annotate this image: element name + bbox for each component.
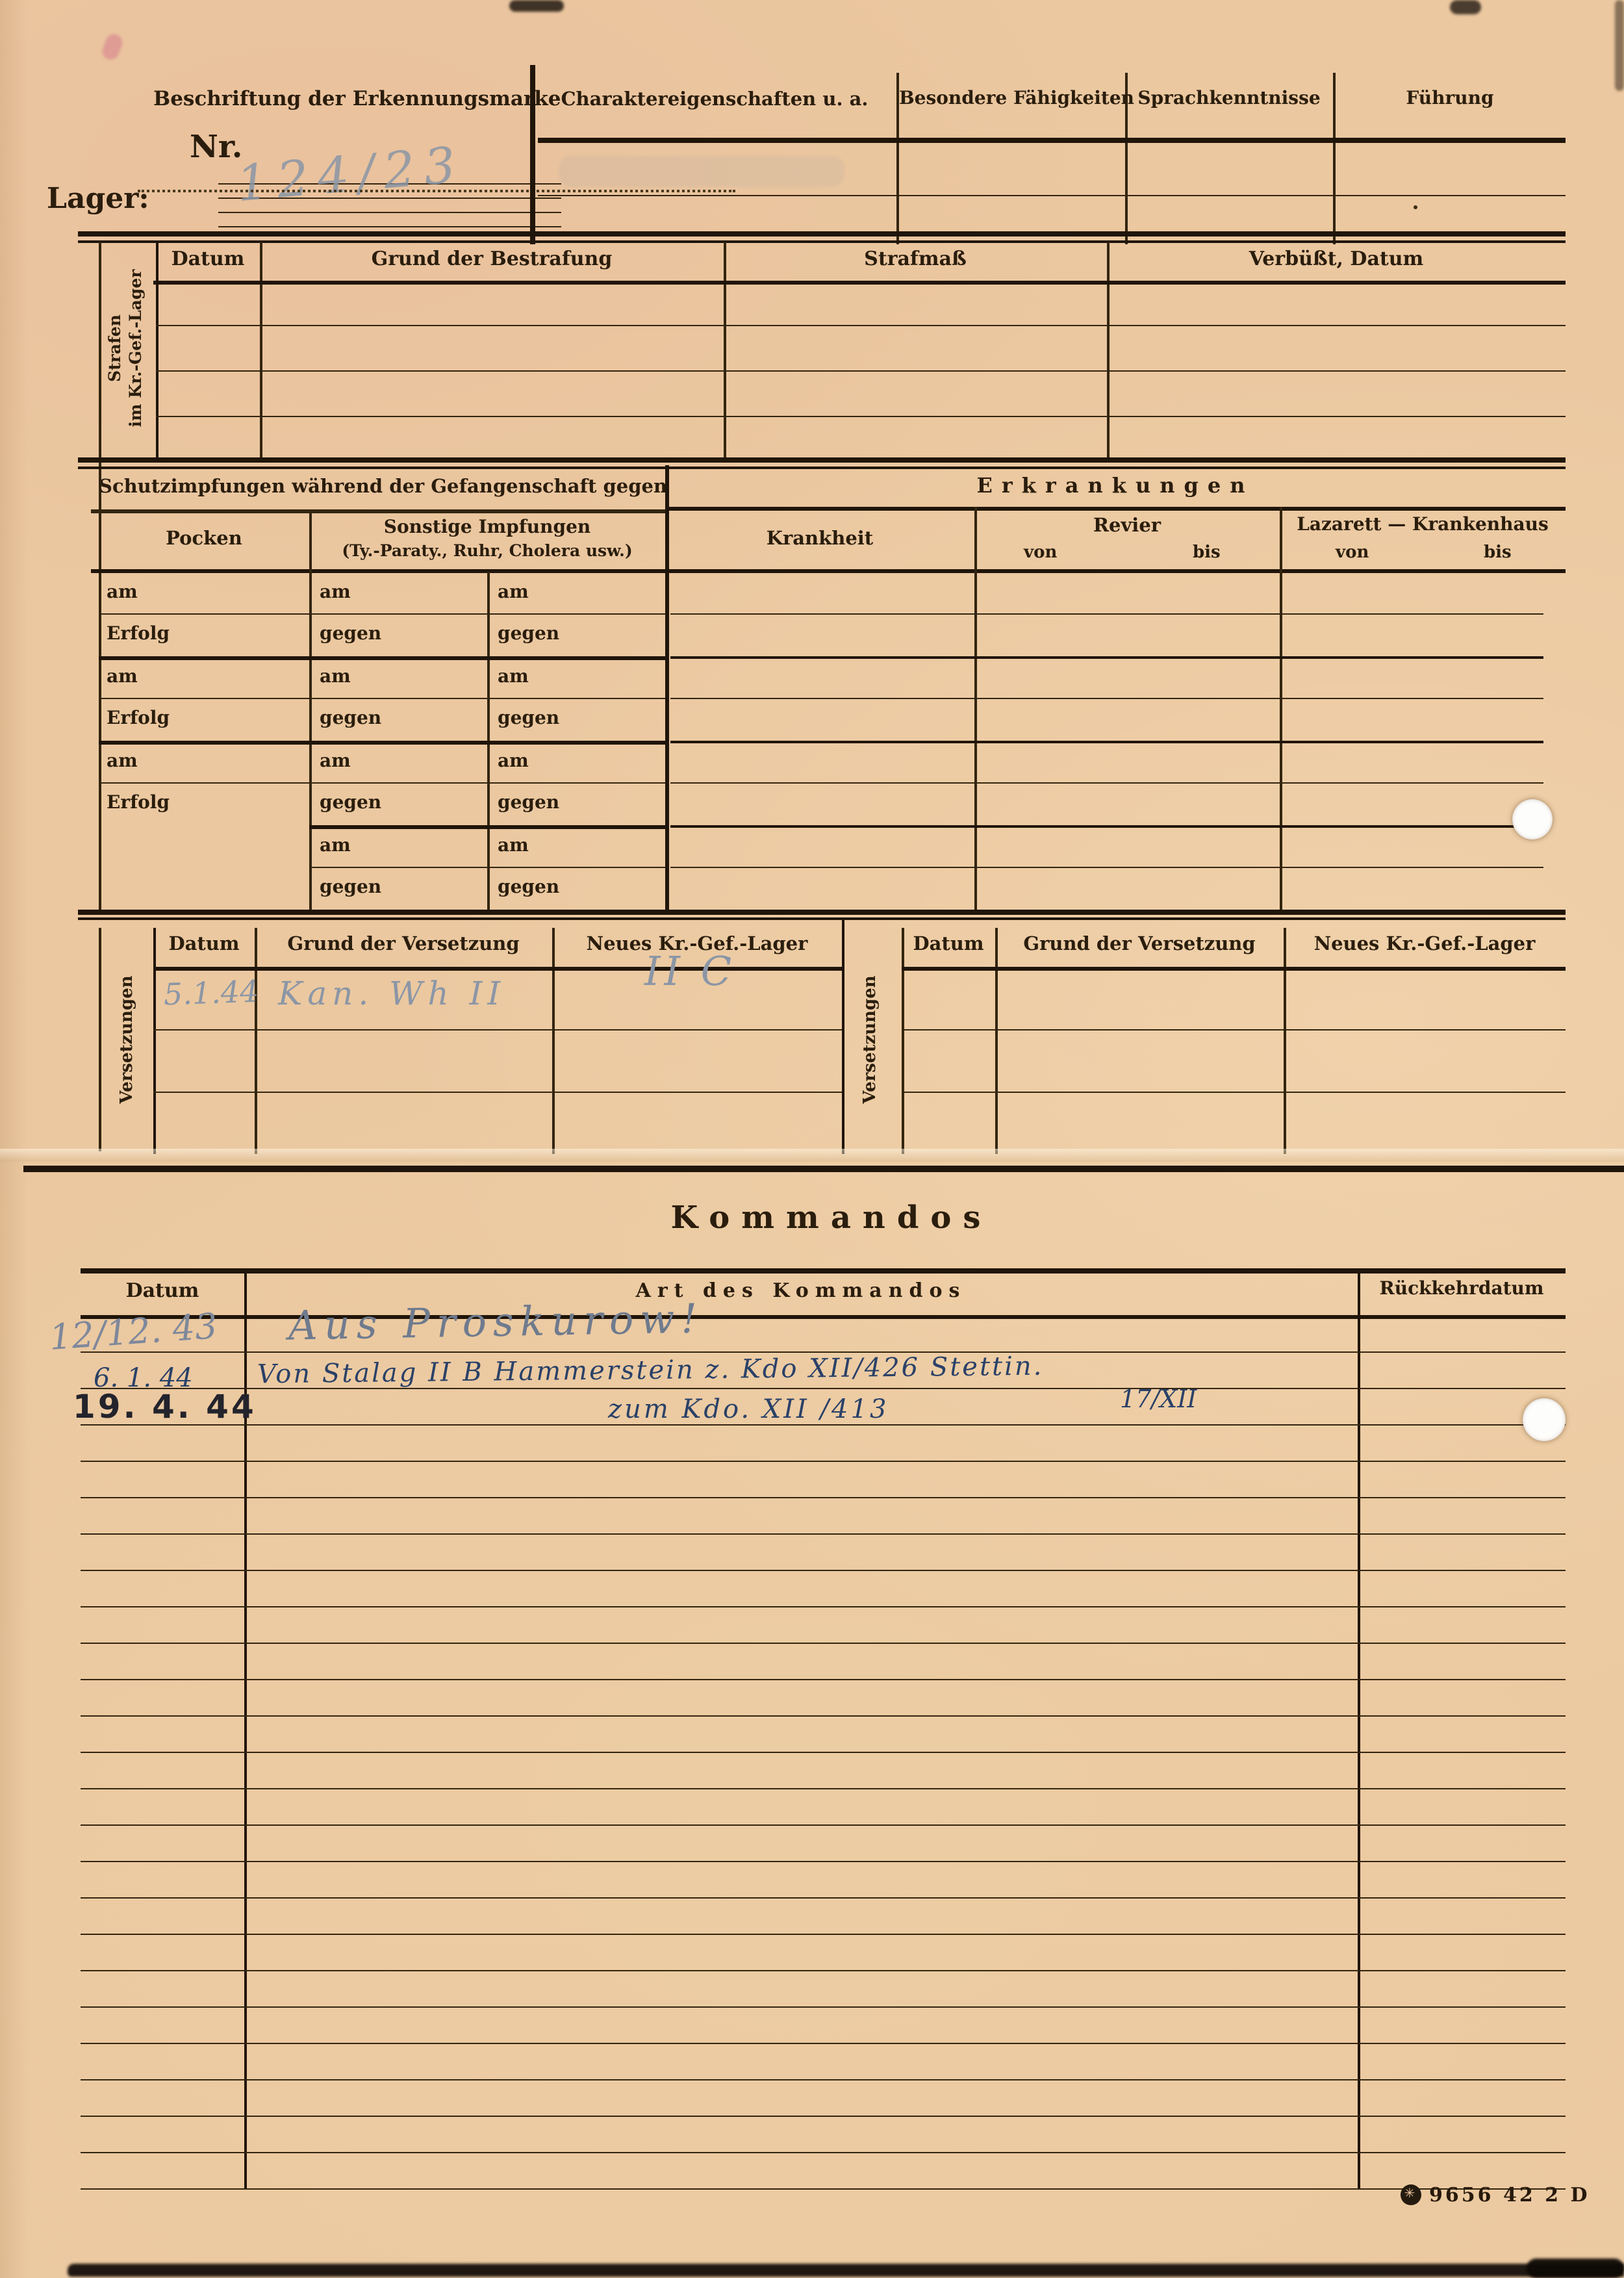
lazarett-von-label: von	[1336, 543, 1369, 563]
impfungen-title: Schutzimpfungen während der Gefangenscha…	[99, 476, 665, 498]
print-code: 9656 42 2 D	[1429, 2183, 1590, 2207]
ink-dot	[1414, 205, 1417, 209]
printer-mark-icon: ✳	[1401, 2184, 1421, 2205]
versetzungen-col-grund: Grund der Versetzung	[255, 933, 552, 955]
kommando-entry-datum-stamped: 19. 4. 44	[73, 1388, 257, 1426]
sonstige-am-label: am	[498, 582, 529, 603]
sonstige-gegen-label: gegen	[320, 708, 381, 729]
kommandos-row-line	[81, 1752, 1566, 1754]
id-tag-label: Beschriftung der Erkennungsmarke	[153, 86, 486, 110]
sonstige-gegen-label: gegen	[498, 708, 559, 729]
kommandos-row-line	[81, 1934, 1566, 1936]
sonstige-gegen-label: gegen	[498, 624, 559, 645]
kommandos-col-art: Art des Kommandos	[244, 1279, 1358, 1302]
strafen-side-label: Strafen im Kr.-Gef.-Lager	[105, 251, 146, 446]
kommandos-title: Kommandos	[572, 1198, 1091, 1236]
kommandos-col-datum: Datum	[81, 1279, 244, 1302]
sonstige-gegen-label: gegen	[320, 793, 381, 813]
sonstige-gegen-label: gegen	[498, 793, 559, 813]
strafen-col-verbuesst: Verbüßt, Datum	[1107, 247, 1566, 270]
versetzung-entry-datum: 5.1.44	[163, 975, 259, 1012]
kommando-entry-datum: 12/12. 43	[48, 1307, 218, 1359]
pocken-erfolg-label: Erfolg	[107, 708, 170, 729]
sonstige-am-label: am	[320, 582, 351, 603]
versetzung-entry-lager: II C	[644, 949, 735, 995]
traits-col-fuehrung: Führung	[1336, 88, 1564, 109]
kommandos-row-line	[81, 1861, 1566, 1863]
traits-col-charakter: Charaktereigenschaften u. a.	[538, 88, 891, 110]
kommandos-row-line	[81, 1533, 1566, 1535]
versetzungen-col-datum: Datum	[153, 933, 255, 955]
id-tag-number-handwritten: 124/23	[235, 136, 467, 212]
pink-mark	[100, 32, 125, 62]
kommandos-row-line	[81, 1570, 1566, 1572]
versetzungen-side-label: Versetzungen	[118, 936, 137, 1144]
lager-label: Lager:	[47, 182, 149, 216]
lager-dotted-line	[138, 190, 735, 192]
sonstige-label: Sonstige Impfungen	[309, 517, 665, 538]
pocken-am-label: am	[107, 582, 138, 603]
pocken-label: Pocken	[99, 528, 309, 550]
revier-label: Revier	[974, 515, 1280, 537]
sonstige-am-label: am	[498, 751, 529, 772]
kommandos-row-line	[81, 2152, 1566, 2154]
hole-punch	[1523, 1398, 1566, 1441]
versetzungen-col-grund: Grund der Versetzung	[995, 933, 1284, 955]
sonstige-am-label: am	[498, 667, 529, 687]
erkrankungen-title: Erkrankungen	[665, 473, 1566, 498]
sonstige-gegen-label: gegen	[320, 624, 381, 645]
kommandos-row-line	[81, 1606, 1566, 1608]
sonstige-gegen-label: gegen	[320, 877, 381, 898]
kommando-entry-note: 17/XII	[1120, 1385, 1197, 1414]
kommandos-row-line	[81, 2116, 1566, 2118]
scan-edge-band	[1527, 2259, 1624, 2278]
hole-punch	[1512, 799, 1553, 839]
versetzung-entry-grund: Kan. Wh II	[278, 975, 505, 1012]
scan-edge-band	[68, 2264, 1624, 2277]
pocken-am-label: am	[107, 751, 138, 772]
fold-crease	[0, 1149, 1624, 1162]
kommandos-row-line	[81, 1497, 1566, 1499]
strafen-col-strafmass: Strafmaß	[724, 247, 1107, 270]
kommandos-row-line	[81, 2043, 1566, 2045]
sonstige-am-label: am	[320, 667, 351, 687]
traits-col-faehigkeiten: Besondere Fähigkeiten	[899, 88, 1123, 109]
printer-mark: ✳ 9656 42 2 D	[1401, 2183, 1590, 2207]
sonstige-am-label: am	[320, 836, 351, 856]
sonstige-am-label: am	[320, 751, 351, 772]
krankheit-label: Krankheit	[665, 528, 974, 550]
kommando-entry-art: Aus Proskurow!	[288, 1296, 704, 1350]
revier-bis-label: bis	[1193, 543, 1221, 563]
strafen-col-grund: Grund der Bestrafung	[260, 247, 724, 270]
kommandos-row-line	[81, 1897, 1566, 1899]
kommandos-row-line	[81, 1643, 1566, 1645]
versetzungen-col-lager: Neues Kr.-Gef.-Lager	[1284, 933, 1566, 955]
kommandos-row-line	[81, 2188, 1566, 2190]
strafen-col-datum: Datum	[156, 247, 260, 270]
sonstige-sublabel: (Ty.-Paraty., Ruhr, Cholera usw.)	[309, 541, 665, 560]
kommandos-row-line	[81, 1788, 1566, 1790]
sonstige-gegen-label: gegen	[498, 877, 559, 898]
scan-artifact	[1615, 0, 1624, 91]
scan-artifact	[509, 0, 564, 12]
kommando-entry-art: zum Kdo. XII /413	[608, 1393, 889, 1424]
kommandos-col-rueckkehr: Rückkehrdatum	[1358, 1279, 1566, 1299]
revier-von-label: von	[1024, 543, 1057, 563]
kommandos-row-line	[81, 1824, 1566, 1826]
kommandos-row-line	[81, 1679, 1566, 1681]
scan-artifact	[1450, 0, 1481, 14]
kommandos-row-line	[81, 2006, 1566, 2008]
pocken-erfolg-label: Erfolg	[107, 624, 170, 645]
traits-col-sprachen: Sprachkenntnisse	[1128, 88, 1330, 109]
kommandos-row-line	[81, 2079, 1566, 2081]
versetzungen-col-datum: Datum	[902, 933, 995, 955]
lazarett-label: Lazarett — Krankenhaus	[1280, 515, 1566, 535]
versetzungen-side-label: Versetzungen	[861, 936, 880, 1144]
kommandos-row-line	[81, 1461, 1566, 1463]
lazarett-bis-label: bis	[1484, 543, 1512, 563]
sonstige-am-label: am	[498, 836, 529, 856]
pocken-am-label: am	[107, 667, 138, 687]
pow-record-card: Beschriftung der Erkennungsmarke Nr. 124…	[0, 0, 1624, 2278]
kommando-entry-art: Von Stalag II B Hammerstein z. Kdo XII/4…	[257, 1350, 1044, 1390]
pocken-erfolg-label: Erfolg	[107, 793, 170, 813]
kommandos-row-line	[81, 1715, 1566, 1717]
kommandos-row-line	[81, 1424, 1566, 1426]
kommandos-row-line	[81, 1970, 1566, 1972]
